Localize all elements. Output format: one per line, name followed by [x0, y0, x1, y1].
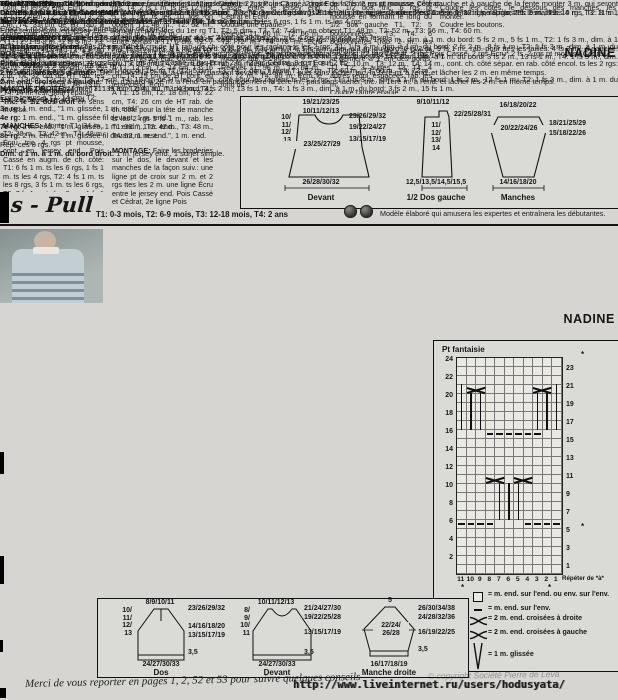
- chart-cell: [486, 502, 496, 511]
- chart-cell: [524, 403, 534, 412]
- chart-cell: [543, 484, 553, 493]
- magazine-page: cont. en jersey end. Écru.A T1: 22 cm, T…: [0, 0, 618, 700]
- chart-cell: [533, 439, 543, 448]
- chart-col-number: 8: [485, 576, 495, 583]
- chart-cell: [543, 457, 553, 466]
- chart-row-number: 4: [436, 536, 453, 544]
- chart-cell: [514, 412, 524, 421]
- chart-cell: [543, 565, 553, 574]
- chart-cell: [467, 547, 477, 556]
- dos-top-width: 8/9/10/11: [134, 599, 186, 607]
- chart-cell: [552, 520, 562, 529]
- chart-cell: [457, 493, 467, 502]
- manche-label: Manche droite: [358, 668, 420, 677]
- chart-cell: [533, 484, 543, 493]
- chart-cell: [533, 466, 543, 475]
- chart-cell: [533, 358, 543, 367]
- chart-row-number: 10: [436, 482, 453, 490]
- manches-bottom-width: 14/16/18/20: [484, 179, 552, 187]
- chart-cell: [486, 520, 496, 529]
- dos-right-height-3: 13/15/17/19: [188, 632, 225, 640]
- chart-cell: [467, 529, 477, 538]
- chart-cell: [495, 466, 505, 475]
- chart-cell: [486, 430, 496, 439]
- chart-cell: [495, 511, 505, 520]
- chart-cell: [524, 448, 534, 457]
- devant-bottom-width: 26/28/30/32: [283, 179, 359, 187]
- section-header: s - Pull: [10, 192, 94, 217]
- chart-cell: [495, 520, 505, 529]
- chart-cell: [552, 439, 562, 448]
- devant-right-height-1: 21/24/27/30: [304, 605, 341, 613]
- devant-right-height-2: 19/22/25/28: [304, 614, 341, 622]
- designer-signature: NADINE: [437, 312, 615, 326]
- chart-cell: [457, 367, 467, 376]
- chart-cell: [495, 439, 505, 448]
- chart-cell: [524, 367, 534, 376]
- chart-col-number: 1: [551, 576, 561, 583]
- chart-cell: [495, 376, 505, 385]
- chart-cell: [495, 448, 505, 457]
- photo-collar: [33, 247, 59, 254]
- dos-gauche-bottom-width: 12,5/13,5/14,5/15,5: [393, 179, 479, 187]
- chart-row-number: 9: [566, 491, 570, 499]
- page-edge-bar: [0, 192, 9, 223]
- chart-cell: [543, 367, 553, 376]
- chart-cell: [514, 448, 524, 457]
- chart-cell: [457, 358, 467, 367]
- chart-cell: [524, 502, 534, 511]
- legend-text: = 1 m. glissée: [488, 651, 534, 659]
- model-photo: [0, 229, 103, 303]
- chart-cell: [457, 475, 467, 484]
- chart-cell: [533, 376, 543, 385]
- chart-cell: [533, 556, 543, 565]
- devant-top-width: 10/11/12/13: [250, 599, 302, 607]
- chart-cell: [467, 493, 477, 502]
- chart-cell: [467, 376, 477, 385]
- chart-col-number: 9: [475, 576, 485, 583]
- chart-cell: [467, 466, 477, 475]
- dos-band-height: 3,5: [188, 649, 198, 657]
- chart-cell: [457, 421, 467, 430]
- chart-cell: [552, 502, 562, 511]
- watermark-url: http://www.liveinternet.ru/users/hodusya…: [293, 679, 565, 691]
- chart-cell: [457, 529, 467, 538]
- chart-row-number: 13: [566, 455, 574, 463]
- legend-item: = 1 m. glissée: [468, 642, 614, 670]
- chart-cell: [476, 466, 486, 475]
- chart-cell: [495, 358, 505, 367]
- chart-cell: [524, 493, 534, 502]
- chart-cell: [486, 448, 496, 457]
- legend-item: = 2 m. end. croisées à gauche: [468, 629, 614, 640]
- chart-col-number: 3: [532, 576, 542, 583]
- chart-cell: [552, 538, 562, 547]
- chart-cell: [505, 556, 515, 565]
- chart-cell: [543, 511, 553, 520]
- chart-cell: [486, 466, 496, 475]
- chart-cell: [486, 556, 496, 565]
- legend-item: = m. end. sur l'env.: [468, 605, 614, 613]
- chart-cell: [514, 547, 524, 556]
- scan-artifact: [0, 452, 4, 474]
- chart-cell: [495, 394, 505, 403]
- chart-cell: [524, 430, 534, 439]
- chart-row-number: 15: [566, 437, 574, 445]
- chart-cell: [476, 511, 486, 520]
- chart-cell: [495, 565, 505, 574]
- chart-cell: [524, 376, 534, 385]
- chart-cell: [505, 457, 515, 466]
- chart-cell: [486, 421, 496, 430]
- chart-cell: [457, 520, 467, 529]
- chart-cell: [495, 412, 505, 421]
- chart-col-number: 10: [466, 576, 476, 583]
- chart-cell: [467, 448, 477, 457]
- chart-cell: [457, 538, 467, 547]
- dos-gauche-label: 1/2 Dos gauche: [393, 193, 479, 202]
- chart-cell: [514, 556, 524, 565]
- chart-cell: [552, 556, 562, 565]
- chart-cell: [495, 547, 505, 556]
- chart-cell: [476, 448, 486, 457]
- chart-cell: [552, 493, 562, 502]
- chart-cell: [486, 529, 496, 538]
- chart-cell: [486, 547, 496, 556]
- chart-cell: [486, 439, 496, 448]
- chart-row-number: 20: [436, 392, 453, 400]
- chart-legend: = m. end. sur l'end. ou env. sur l'env. …: [468, 591, 614, 673]
- chart-cell: [543, 421, 553, 430]
- chart-cell: [514, 466, 524, 475]
- chart-cell: [467, 421, 477, 430]
- manche-band-height: 3,5: [418, 646, 428, 654]
- paragraph: Entre temps à T1: 14 cm, T2:: [0, 94, 618, 103]
- chart-cell: [486, 412, 496, 421]
- knit-square-icon: [468, 591, 488, 602]
- devant-label: Devant: [283, 193, 359, 202]
- legend-text: = 2 m. end. croisées à gauche: [488, 629, 587, 637]
- chart-cell: [552, 448, 562, 457]
- chart-row-number: 17: [566, 419, 574, 427]
- chart-cell: [505, 430, 515, 439]
- chart-col-number: 11: [456, 576, 466, 583]
- chart-col-number: 2: [542, 576, 552, 583]
- chart-cell: [505, 466, 515, 475]
- chart-cell: [552, 358, 562, 367]
- chart-cell: [495, 421, 505, 430]
- chart-cell: [476, 547, 486, 556]
- chart-cell: [495, 430, 505, 439]
- chart-cell: [505, 421, 515, 430]
- chart-row-number: 7: [566, 509, 570, 517]
- chart-cell: [543, 439, 553, 448]
- chart-cell: [543, 547, 553, 556]
- chart-row-number: 6: [436, 518, 453, 526]
- legend-item: = 2 m. end. croisées à droite: [468, 615, 614, 626]
- chart-cell: [476, 367, 486, 376]
- chart-cell: [524, 529, 534, 538]
- chart-cell: [543, 502, 553, 511]
- dos-right-height-1: 23/26/29/32: [188, 605, 225, 613]
- chart-cell: [524, 484, 534, 493]
- chart-cell: [486, 394, 496, 403]
- chart-cell: [514, 529, 524, 538]
- chart-cell: [495, 538, 505, 547]
- chart-cell: [552, 511, 562, 520]
- cross-right-icon: [468, 615, 488, 626]
- chart-cell: [457, 457, 467, 466]
- chart-cell: [543, 448, 553, 457]
- chart-cell: [476, 484, 486, 493]
- chart-cell: [505, 412, 515, 421]
- chart-cell: [457, 547, 467, 556]
- chart-cell: [467, 511, 477, 520]
- chart-cell: [514, 376, 524, 385]
- chart-cell: [467, 484, 477, 493]
- chart-row-number: 2: [436, 554, 453, 562]
- chart-cell: [476, 376, 486, 385]
- chart-cell: [495, 385, 505, 394]
- chart-cell: [457, 466, 467, 475]
- chart-row-number: 19: [566, 401, 574, 409]
- chart-cell: [524, 358, 534, 367]
- chart-cell: [457, 511, 467, 520]
- chart-cell: [552, 529, 562, 538]
- chart-cell: [514, 457, 524, 466]
- chart-cell: [495, 529, 505, 538]
- chart-cell: [467, 430, 477, 439]
- chart-cell: [505, 439, 515, 448]
- chart-cell: [505, 529, 515, 538]
- repeat-star-mark: *: [581, 350, 584, 359]
- paragraph: MANCHE DROITE: Monter T1: 39 m., T2: 41 …: [0, 85, 618, 94]
- paragraph: Tric. la manche gauche en sens inverse.: [0, 0, 391, 9]
- manche-right-height-1: 26/30/34/38: [418, 605, 455, 613]
- chart-row-number: 23: [566, 365, 574, 373]
- chart-cell: [524, 547, 534, 556]
- chart-row-number: 21: [566, 383, 574, 391]
- chart-cell: [476, 529, 486, 538]
- chart-cell: [495, 367, 505, 376]
- chart-cell: [486, 385, 496, 394]
- chart-cell: [514, 394, 524, 403]
- chart-cell: [486, 511, 496, 520]
- chart-cell: [524, 457, 534, 466]
- chart-row-number: 24: [436, 356, 453, 364]
- chart-cell: [467, 538, 477, 547]
- schematics-box-bottom: 10/ 11/ 12/ 13 8/9/10/11 23/26/29/32 14/…: [97, 598, 469, 678]
- chart-cell: [543, 358, 553, 367]
- chart-cell: [543, 475, 553, 484]
- chart-cell: [514, 520, 524, 529]
- chart-cell: [533, 430, 543, 439]
- chart-cell: [486, 475, 496, 484]
- chart-col-number: 4: [523, 576, 533, 583]
- chart-cell: [486, 358, 496, 367]
- manches-label: Manches: [484, 193, 552, 202]
- chart-cell: [467, 520, 477, 529]
- chart-cell: [505, 385, 515, 394]
- chart-cell: [514, 565, 524, 574]
- paragraph: Coudre les boutons.: [0, 52, 391, 61]
- chart-cell: [543, 466, 553, 475]
- pt-grid: [456, 357, 563, 575]
- chart-cell: [505, 448, 515, 457]
- chart-cell: [467, 502, 477, 511]
- manche-right-height-2: 24/28/32/36: [418, 614, 455, 622]
- devant-left-heights: 8/ 9/ 10/ 11: [236, 607, 250, 637]
- chart-cell: [543, 376, 553, 385]
- paragraph: Dim. d'1 m. à 1 m. du bord droit: 1 m. j…: [0, 150, 560, 159]
- chart-cell: [505, 403, 515, 412]
- chart-cell: [533, 547, 543, 556]
- chart-cell: [467, 457, 477, 466]
- chart-cell: [533, 367, 543, 376]
- chart-cell: [543, 430, 553, 439]
- scan-artifact: [0, 556, 4, 584]
- chart-cell: [505, 394, 515, 403]
- chart-cell: [524, 394, 534, 403]
- chart-col-number: 6: [504, 576, 514, 583]
- chart-cell: [533, 565, 543, 574]
- chart-cell: [514, 511, 524, 520]
- chart-cell: [533, 511, 543, 520]
- chart-cell: [543, 493, 553, 502]
- manche-right-height-3: 16/19/22/25: [418, 629, 455, 637]
- purl-dash-icon: [468, 605, 488, 612]
- chart-row-number: 3: [566, 545, 570, 553]
- chart-row-number: 14: [436, 446, 453, 454]
- chart-cell: [467, 556, 477, 565]
- chart-cell: [467, 358, 477, 367]
- chart-cell: [552, 457, 562, 466]
- chart-cell: [552, 367, 562, 376]
- chart-cell: [457, 502, 467, 511]
- chart-cell: [476, 556, 486, 565]
- chart-cell: [514, 439, 524, 448]
- chart-cell: [495, 556, 505, 565]
- chart-cell: [524, 511, 534, 520]
- chart-cell: [524, 556, 534, 565]
- chart-cell: [505, 538, 515, 547]
- chart-cell: [533, 448, 543, 457]
- yarn-ball-icon: [344, 205, 357, 218]
- chart-cell: [486, 457, 496, 466]
- chart-cell: [495, 403, 505, 412]
- chart-cell: [476, 565, 486, 574]
- chart-cell: [552, 475, 562, 484]
- chart-row-number: 18: [436, 410, 453, 418]
- chart-row-number: 22: [436, 374, 453, 382]
- chart-row-number: 8: [436, 500, 453, 508]
- chart-cell: [552, 565, 562, 574]
- chart-cell: [467, 439, 477, 448]
- chart-cell: [486, 403, 496, 412]
- chart-cell: [457, 430, 467, 439]
- chart-cell: [533, 475, 543, 484]
- chart-cell: [514, 385, 524, 394]
- chart-cell: [467, 367, 477, 376]
- chart-cell: [495, 457, 505, 466]
- chart-cell: [476, 475, 486, 484]
- chart-cell: [467, 475, 477, 484]
- chart-cell: [543, 520, 553, 529]
- chart-cell: [524, 412, 534, 421]
- repeat-star-mark: *: [581, 522, 584, 531]
- chart-cell: [524, 538, 534, 547]
- chart-cell: [505, 520, 515, 529]
- chart-cell: [467, 565, 477, 574]
- chart-title: Pt fantaisie: [442, 345, 485, 354]
- main-column-5: Tric. la manche gauche en sens inverse.M…: [0, 0, 391, 60]
- yarn-ball-icon: [360, 205, 373, 218]
- chart-cell: [476, 538, 486, 547]
- chart-cell: [505, 547, 515, 556]
- chart-row-number: 5: [566, 527, 570, 535]
- legend-text: = m. end. sur l'end. ou env. sur l'env.: [488, 591, 609, 599]
- chart-cell: [486, 484, 496, 493]
- chart-cell: [543, 538, 553, 547]
- chart-cell: [505, 358, 515, 367]
- legend-item: = m. end. sur l'end. ou env. sur l'env.: [468, 591, 614, 602]
- difficulty-note: Modèle élaboré qui amusera les expertes …: [380, 209, 616, 218]
- chart-cell: [476, 421, 486, 430]
- chart-cell: [552, 421, 562, 430]
- chart-cell: [486, 376, 496, 385]
- sizes-strip: T1: 0-3 mois, T2: 6-9 mois, T3: 12-18 mo…: [96, 210, 288, 219]
- chart-row-number: 12: [436, 464, 453, 472]
- repeat-note: Répéter de *à*: [562, 575, 604, 582]
- chart-cell: [524, 421, 534, 430]
- chart-cell: [533, 457, 543, 466]
- chart-cell: [457, 448, 467, 457]
- photo-sweater-stripes: [12, 273, 84, 303]
- chart-cell: [514, 367, 524, 376]
- chart-cell: [514, 358, 524, 367]
- chart-row-number: 11: [566, 473, 573, 481]
- chart-cell: [524, 520, 534, 529]
- paragraph: 8e rg: 2 m. end., "1 m. glissée fil deva…: [0, 132, 560, 141]
- chart-col-number: 5: [513, 576, 523, 583]
- dos-left-heights: 10/ 11/ 12/ 13: [116, 607, 132, 637]
- repeat-star-mark: *: [461, 583, 464, 592]
- chart-cell: [524, 565, 534, 574]
- cross-left-icon: [468, 629, 488, 640]
- manche-top-width: 5: [378, 597, 402, 605]
- chart-cell: [476, 457, 486, 466]
- section-divider: [0, 224, 618, 226]
- chart-cell: [552, 466, 562, 475]
- chart-cell: [514, 430, 524, 439]
- chart-cell: [505, 511, 515, 520]
- chart-cell: [476, 358, 486, 367]
- chart-cell: [543, 529, 553, 538]
- scan-artifact: [0, 640, 3, 652]
- chart-cell: [486, 538, 496, 547]
- chart-col-number: 7: [494, 576, 504, 583]
- manche-mid-width: 22/24/ 26/28: [373, 622, 409, 637]
- chart-cell: [476, 520, 486, 529]
- chart-cell: [552, 547, 562, 556]
- chart-cell: [457, 565, 467, 574]
- chart-cell: [486, 493, 496, 502]
- chart-cell: [543, 556, 553, 565]
- chart-cell: [457, 556, 467, 565]
- chart-row-number: 1: [566, 563, 570, 571]
- chart-cell: [552, 484, 562, 493]
